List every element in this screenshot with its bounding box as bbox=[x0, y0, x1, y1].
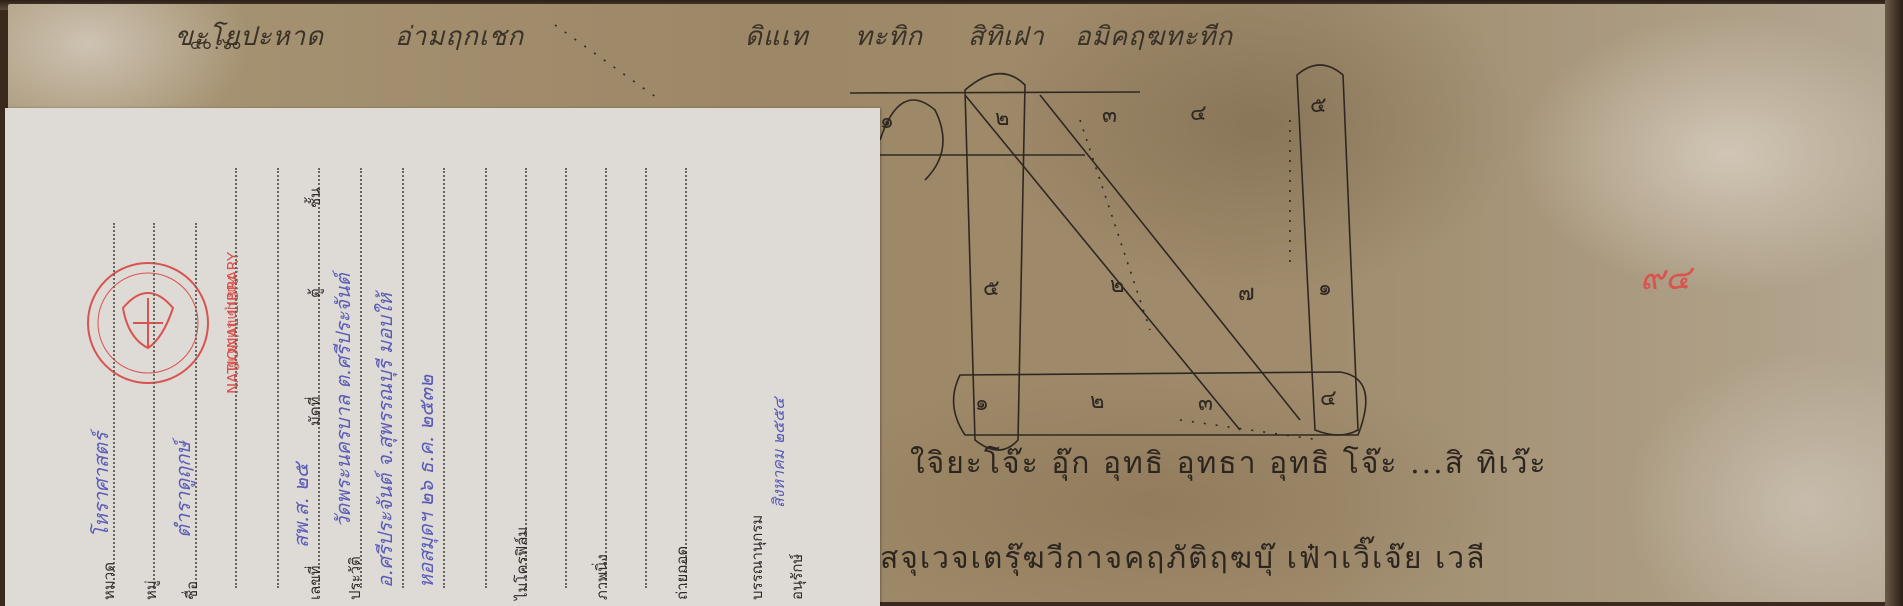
catalog-slip: หอสมุดแห่งชาติ NATIONAL LIBRARY หมวด หมู… bbox=[5, 108, 880, 606]
page-number: ๙๔ bbox=[1640, 250, 1691, 304]
field-line-7 bbox=[360, 168, 362, 588]
label-category: หมวด bbox=[97, 562, 121, 600]
field-line-5 bbox=[277, 168, 279, 588]
field-line-6 bbox=[318, 168, 320, 588]
svg-text:๑: ๑ bbox=[880, 109, 894, 134]
svg-text:๕: ๕ bbox=[983, 276, 1000, 301]
label-bundle: มัดที่ bbox=[303, 396, 327, 426]
manuscript-text-line-2: สจุเวจเตรุ๊ฆวีกาจคฤภัติฤฆบุ๊ เฟ๋าเวิ๊เจ๊… bbox=[880, 535, 1486, 582]
field-line-12 bbox=[565, 168, 567, 588]
svg-text:๓: ๓ bbox=[1102, 103, 1117, 128]
label-still-image: ภาพนิ่ง bbox=[590, 554, 614, 600]
svg-text:๓: ๓ bbox=[1198, 391, 1213, 416]
svg-text:๗: ๗ bbox=[1238, 281, 1255, 306]
field-line-15 bbox=[685, 168, 687, 588]
value-number: สพ.ส. ๒๕ bbox=[285, 463, 317, 548]
value-title: ตำราดูฤกษ์ bbox=[167, 441, 199, 538]
national-library-stamp: หอสมุดแห่งชาติ NATIONAL LIBRARY bbox=[53, 228, 243, 418]
value-history-1: วัดพระนครบาล ต.ศรีประจันต์ bbox=[327, 273, 359, 528]
label-group: หมู่ bbox=[139, 580, 163, 600]
value-history-2: อ.ศรีประจันต์ จ.สุพรรณบุรี มอบให้ bbox=[369, 293, 401, 588]
svg-text:NATIONAL LIBRARY: NATIONAL LIBRARY bbox=[224, 251, 242, 394]
field-line-8 bbox=[402, 168, 404, 588]
field-line-13 bbox=[605, 168, 607, 588]
svg-text:๔: ๔ bbox=[1320, 386, 1337, 411]
label-bibliography: บรรณานุกรม bbox=[745, 515, 769, 600]
field-line-4 bbox=[235, 168, 237, 588]
field-line-2 bbox=[153, 223, 155, 588]
label-conservation: อนุรักษ์ bbox=[785, 554, 809, 600]
label-title: ชื่อ bbox=[180, 581, 204, 600]
svg-text:๒: ๒ bbox=[1110, 273, 1125, 298]
svg-text:๕: ๕ bbox=[1310, 93, 1327, 118]
field-line-10 bbox=[485, 168, 487, 588]
svg-text:๔: ๔ bbox=[1190, 101, 1207, 126]
label-shelf: ชั้น bbox=[303, 188, 327, 208]
svg-text:๒: ๒ bbox=[1090, 389, 1105, 414]
label-history: ประวัติ bbox=[343, 556, 367, 600]
value-category: โหราศาสตร์ bbox=[85, 432, 117, 538]
field-line-11 bbox=[525, 168, 527, 588]
value-history-3: หอสมุดฯ ๒๖ ธ.ค. ๒๕๓๒ bbox=[410, 375, 442, 588]
field-line-9 bbox=[443, 168, 445, 588]
label-cabinet: ตู้ bbox=[303, 288, 327, 298]
svg-text:๑: ๑ bbox=[1318, 276, 1332, 301]
svg-text:๒: ๒ bbox=[995, 106, 1010, 131]
label-number: เลขที่ bbox=[303, 566, 327, 600]
value-conservation: สิงหาคม ๒๕๕๔ bbox=[767, 398, 792, 508]
label-microfilm: ไมโครฟิล์ม bbox=[510, 527, 534, 600]
label-transcription: ถ่ายถอด bbox=[670, 546, 694, 600]
manuscript-text-line-1: ใจิยะโจ๊ะ อุ๊ก อุทธิ อุทธา อุทธิ โจ๊ะ ..… bbox=[910, 440, 1548, 487]
field-line-14 bbox=[645, 168, 647, 588]
svg-text:๑: ๑ bbox=[975, 391, 989, 416]
